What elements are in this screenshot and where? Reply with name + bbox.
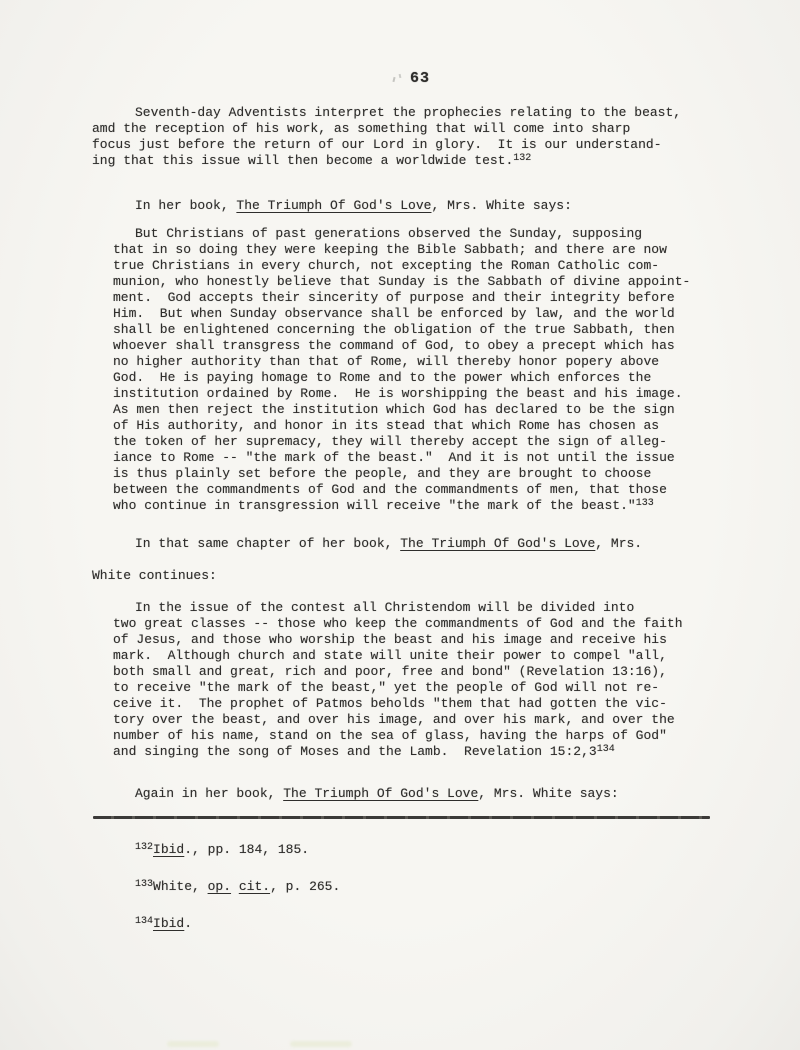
footnotes: 132Ibid., pp. 184, 185. 133White, op. ci… xyxy=(135,842,340,953)
text-line: shall be enlightened concerning the obli… xyxy=(113,322,690,338)
text-line: number of his name, stand on the sea of … xyxy=(113,728,683,744)
text-line: who continue in transgression will recei… xyxy=(113,498,690,516)
text-line: of Jesus, and those who worship the beas… xyxy=(113,632,683,648)
text-run: , Mrs. White says: xyxy=(478,786,618,801)
text-line: munion, who honestly believe that Sunday… xyxy=(113,274,690,290)
footnote-ref-133: 133 xyxy=(636,498,654,509)
intro-sentence-1: In her book, The Triumph Of God's Love, … xyxy=(92,198,572,214)
book-title: The Triumph Of God's Love xyxy=(400,536,595,551)
text-line: In that same chapter of her book, The Tr… xyxy=(92,536,642,552)
footnote-term: op. xyxy=(208,879,231,894)
book-title: The Triumph Of God's Love xyxy=(236,198,431,213)
scan-smudge xyxy=(392,74,404,84)
text-line: Seventh-day Adventists interpret the pro… xyxy=(92,105,681,121)
text-line: Again in her book, The Triumph Of God's … xyxy=(92,786,619,802)
bridge-sentence: In that same chapter of her book, The Tr… xyxy=(92,536,642,584)
text-line: true Christians in every church, not exc… xyxy=(113,258,690,274)
block-quote-2: In the issue of the contest all Christen… xyxy=(113,600,683,762)
footnote-separator-rule xyxy=(93,816,710,819)
text-run: ., pp. 184, 185. xyxy=(184,842,309,857)
scan-smudge xyxy=(290,1041,352,1047)
footnote-number: 133 xyxy=(135,879,153,890)
text-line: is thus plainly set before the people, a… xyxy=(113,466,690,482)
text-line: ing that this issue will then become a w… xyxy=(92,153,681,171)
text-line: whoever shall transgress the command of … xyxy=(113,338,690,354)
text-run: , Mrs. White says: xyxy=(431,198,571,213)
text-line: White continues: xyxy=(92,568,642,584)
text-line: In the issue of the contest all Christen… xyxy=(113,600,683,616)
text-run: Again in her book, xyxy=(135,786,283,801)
text-run: and singing the song of Moses and the La… xyxy=(113,744,597,759)
footnote-number: 132 xyxy=(135,842,153,853)
text-line: As men then reject the institution which… xyxy=(113,402,690,418)
text-line: of His authority, and honor in its stead… xyxy=(113,418,690,434)
text-run xyxy=(231,879,239,894)
scanned-page: 63 Seventh-day Adventists interpret the … xyxy=(0,0,800,1050)
text-run: ing that this issue will then become a w… xyxy=(92,153,513,168)
book-title: The Triumph Of God's Love xyxy=(283,786,478,801)
text-line: mark. Although church and state will uni… xyxy=(113,648,683,664)
block-quote-1: But Christians of past generations obser… xyxy=(113,226,690,516)
text-line: to receive "the mark of the beast," yet … xyxy=(113,680,683,696)
footnote-term: cit. xyxy=(239,879,270,894)
scan-smudge xyxy=(167,1041,219,1047)
text-line: between the commandments of God and the … xyxy=(113,482,690,498)
paragraph-opening: Seventh-day Adventists interpret the pro… xyxy=(92,105,681,171)
text-run: In that same chapter of her book, xyxy=(135,536,400,551)
footnote-term: Ibid xyxy=(153,916,184,931)
footnote-term: Ibid xyxy=(153,842,184,857)
text-line: that in so doing they were keeping the B… xyxy=(113,242,690,258)
text-run: White, xyxy=(153,879,208,894)
text-line: ceive it. The prophet of Patmos beholds … xyxy=(113,696,683,712)
text-line: institution ordained by Rome. He is wors… xyxy=(113,386,690,402)
text-run: , p. 265. xyxy=(270,879,340,894)
text-run: who continue in transgression will recei… xyxy=(113,498,636,513)
text-line: Him. But when Sunday observance shall be… xyxy=(113,306,690,322)
text-line: both small and great, rich and poor, fre… xyxy=(113,664,683,680)
text-line: and singing the song of Moses and the La… xyxy=(113,744,683,762)
text-line: no higher authority than that of Rome, w… xyxy=(113,354,690,370)
text-line: God. He is paying homage to Rome and to … xyxy=(113,370,690,386)
footnote-132: 132Ibid., pp. 184, 185. xyxy=(135,842,340,860)
text-run: . xyxy=(184,916,192,931)
text-line: focus just before the return of our Lord… xyxy=(92,137,681,153)
page-number: 63 xyxy=(410,71,430,87)
text-line: two great classes -- those who keep the … xyxy=(113,616,683,632)
footnote-ref-134: 134 xyxy=(597,744,615,755)
text-line: iance to Rome -- "the mark of the beast.… xyxy=(113,450,690,466)
footnote-number: 134 xyxy=(135,916,153,927)
text-line: ment. God accepts their sincerity of pur… xyxy=(113,290,690,306)
text-run: , Mrs. xyxy=(595,536,642,551)
footnote-134: 134Ibid. xyxy=(135,916,340,934)
text-line: the token of her supremacy, they will th… xyxy=(113,434,690,450)
intro-sentence-2: Again in her book, The Triumph Of God's … xyxy=(92,786,619,802)
text-run: In her book, xyxy=(135,198,236,213)
text-line: But Christians of past generations obser… xyxy=(113,226,690,242)
text-line: amd the reception of his work, as someth… xyxy=(92,121,681,137)
footnote-ref-132: 132 xyxy=(513,153,531,164)
text-line: In her book, The Triumph Of God's Love, … xyxy=(92,198,572,214)
text-line: tory over the beast, and over his image,… xyxy=(113,712,683,728)
footnote-133: 133White, op. cit., p. 265. xyxy=(135,879,340,897)
